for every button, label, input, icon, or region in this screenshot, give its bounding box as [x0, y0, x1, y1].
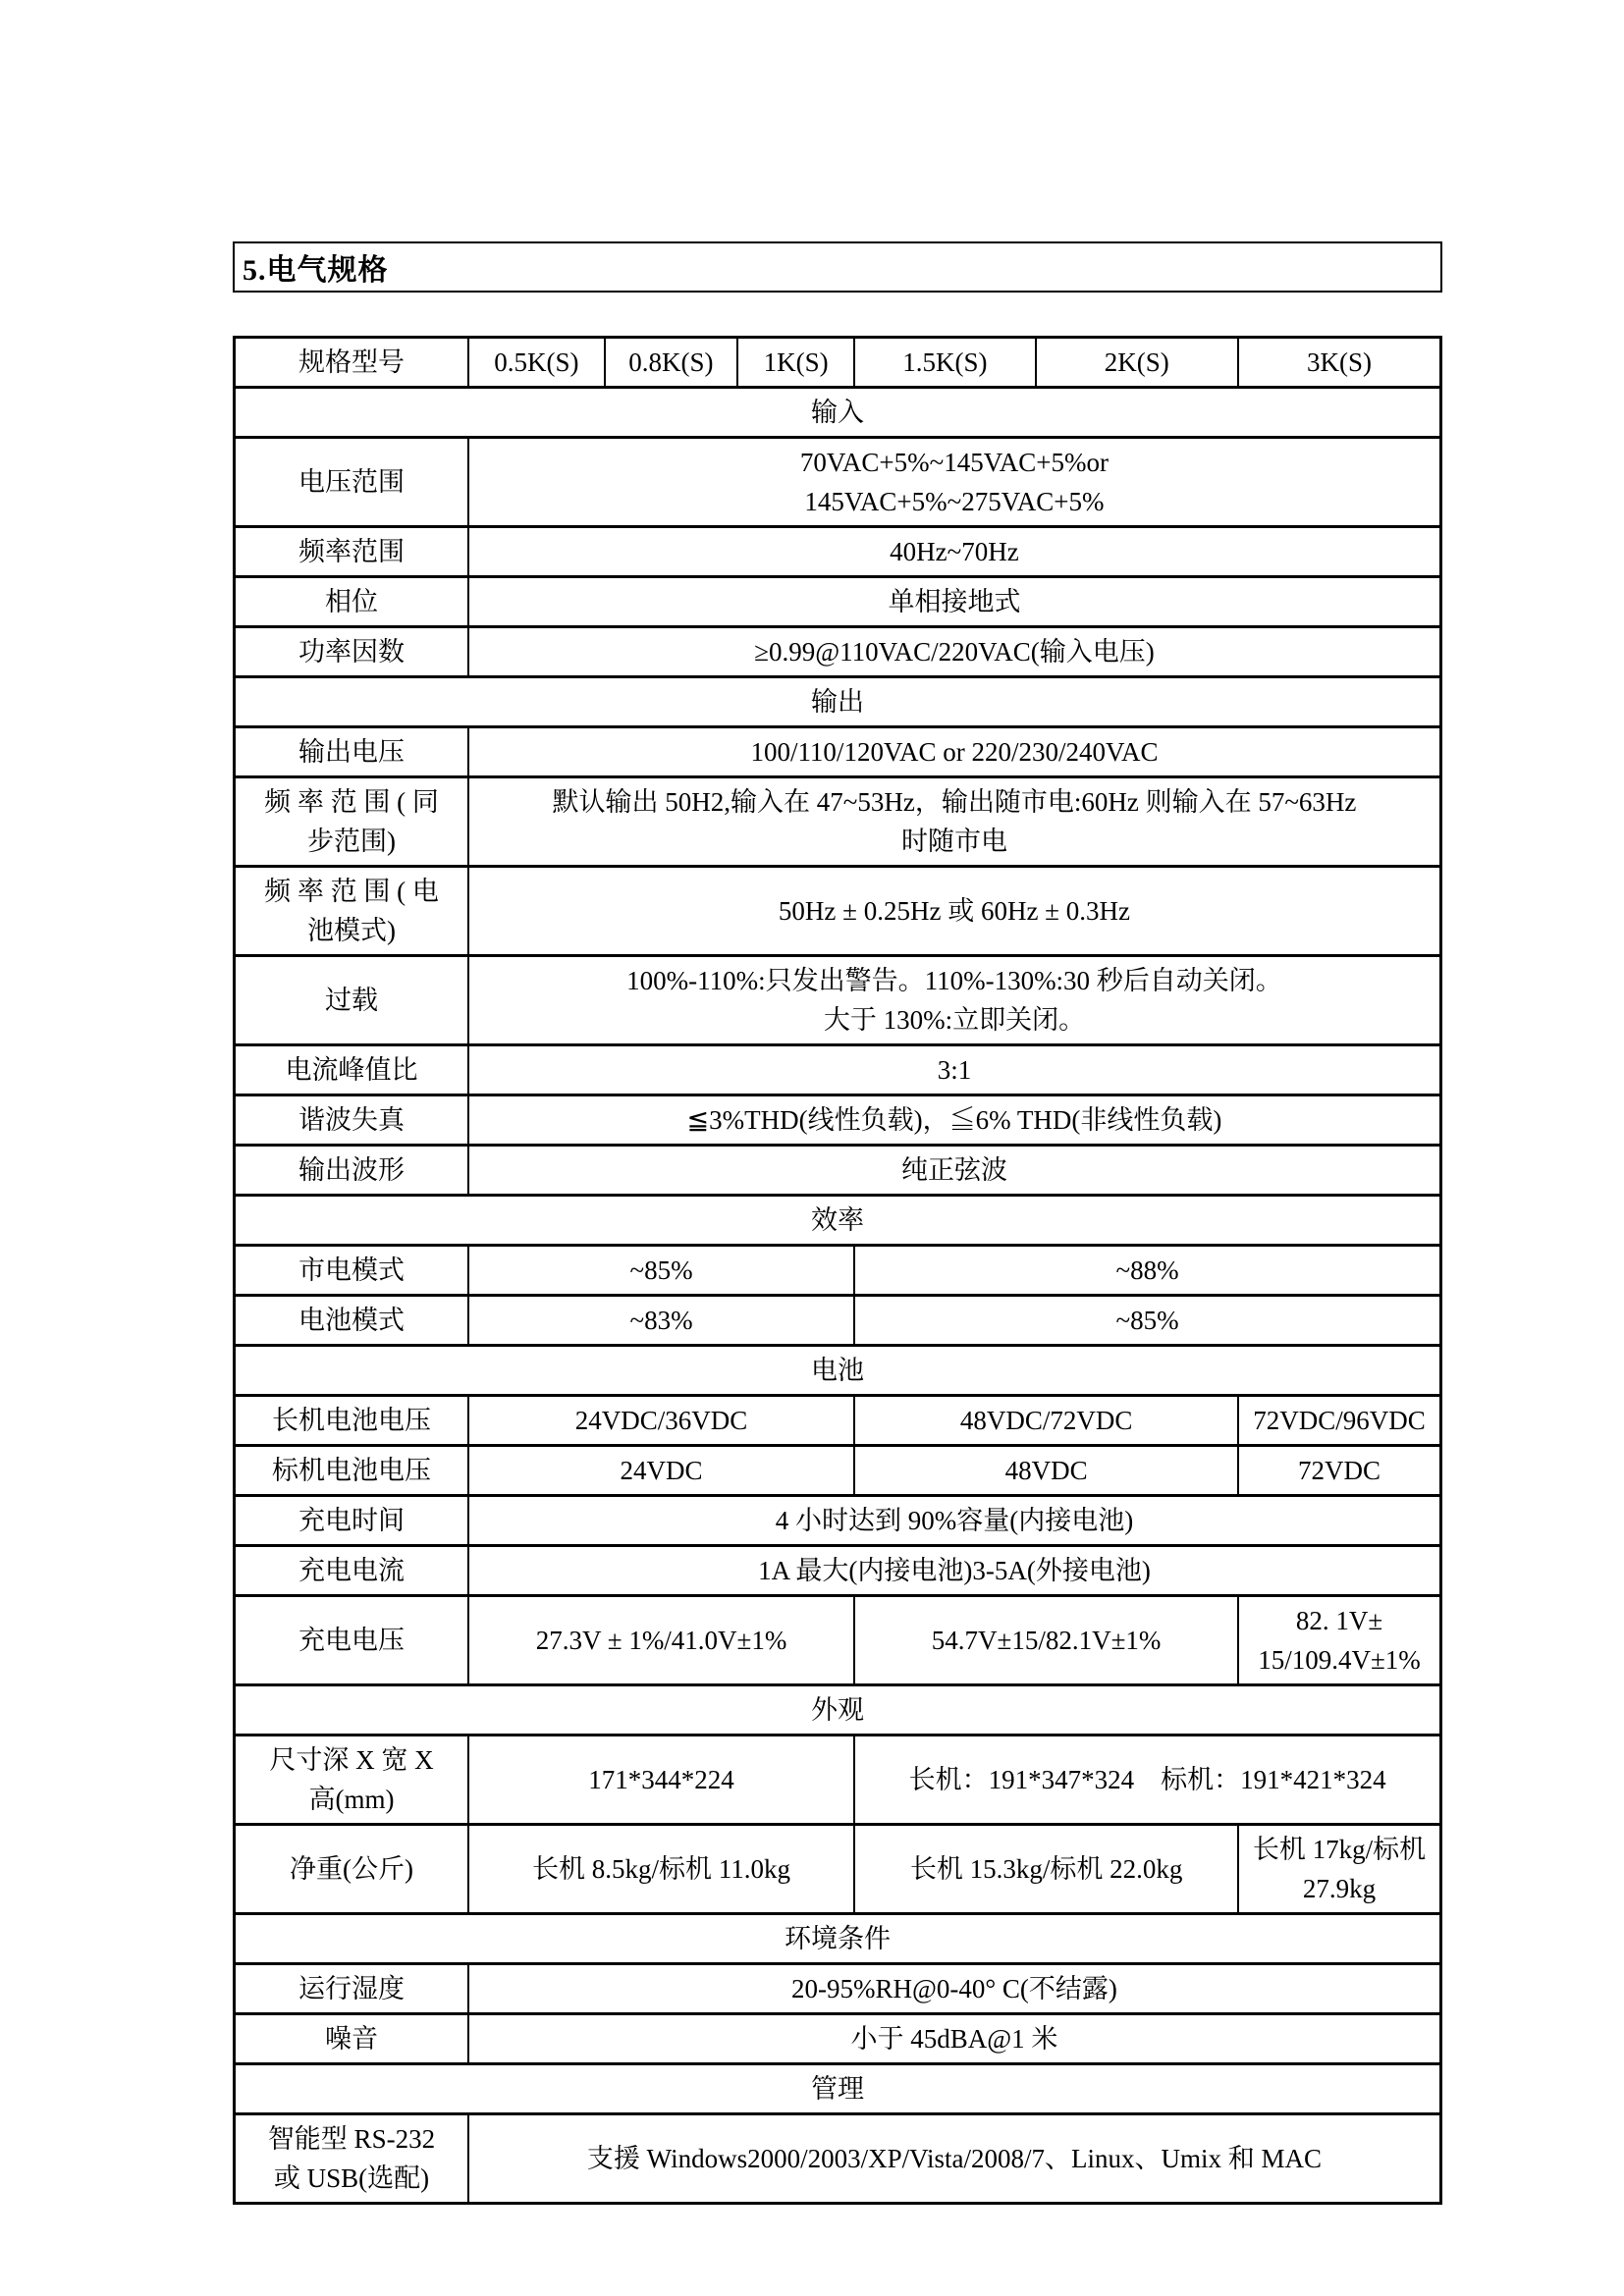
- table-row: 频率范围40Hz~70Hz: [235, 527, 1441, 577]
- row-label: 噪音: [235, 2014, 468, 2064]
- spec-value: 100%-110%:只发出警告。110%-130%:30 秒后自动关闭。 大于 …: [468, 956, 1441, 1045]
- row-label: 频 率 范 围 ( 电 池模式): [235, 867, 468, 956]
- spec-value: ≦3%THD(线性负载)，≦6% THD(非线性负载): [468, 1095, 1441, 1146]
- row-label: 运行湿度: [235, 1964, 468, 2014]
- table-row: 运行湿度20-95%RH@0-40° C(不结露): [235, 1964, 1441, 2014]
- table-row: 电池: [235, 1346, 1441, 1396]
- table-row: 功率因数≥0.99@110VAC/220VAC(输入电压): [235, 627, 1441, 677]
- section-row-label: 效率: [235, 1196, 1441, 1246]
- table-row: 电流峰值比3:1: [235, 1045, 1441, 1095]
- row-label: 电池模式: [235, 1296, 468, 1346]
- row-label: 充电时间: [235, 1496, 468, 1546]
- table-row: 谐波失真≦3%THD(线性负载)，≦6% THD(非线性负载): [235, 1095, 1441, 1146]
- table-row: 外观: [235, 1685, 1441, 1735]
- table-row: 尺寸深 X 宽 X 高(mm)171*344*224长机：191*347*324…: [235, 1735, 1441, 1825]
- row-label: 电流峰值比: [235, 1045, 468, 1095]
- spec-value: 长机：191*347*324 标机：191*421*324: [854, 1735, 1440, 1825]
- spec-value: ~85%: [854, 1296, 1440, 1346]
- spec-value: 长机 17kg/标机 27.9kg: [1238, 1825, 1441, 1914]
- section-row-label: 管理: [235, 2064, 1441, 2114]
- section-row-label: 输入: [235, 388, 1441, 438]
- table-row: 输出电压100/110/120VAC or 220/230/240VAC: [235, 727, 1441, 777]
- table-row: 长机电池电压24VDC/36VDC48VDC/72VDC72VDC/96VDC: [235, 1396, 1441, 1446]
- spec-value: 1A 最大(内接电池)3-5A(外接电池): [468, 1546, 1441, 1596]
- section-row-label: 电池: [235, 1346, 1441, 1396]
- spec-value: ≥0.99@110VAC/220VAC(输入电压): [468, 627, 1441, 677]
- table-row: 充电电流1A 最大(内接电池)3-5A(外接电池): [235, 1546, 1441, 1596]
- table-row: 规格型号0.5K(S)0.8K(S)1K(S)1.5K(S)2K(S)3K(S): [235, 338, 1441, 388]
- spec-value: 171*344*224: [468, 1735, 854, 1825]
- model-header: 0.8K(S): [605, 338, 737, 388]
- spec-value: 长机 8.5kg/标机 11.0kg: [468, 1825, 854, 1914]
- spec-value: 27.3V ± 1%/41.0V±1%: [468, 1596, 854, 1685]
- table-row: 频 率 范 围 ( 同 步范围)默认输出 50H2,输入在 47~53Hz，输出…: [235, 777, 1441, 867]
- row-label: 尺寸深 X 宽 X 高(mm): [235, 1735, 468, 1825]
- spec-value: ~88%: [854, 1246, 1440, 1296]
- model-header: 0.5K(S): [468, 338, 605, 388]
- section-title-box: 5.电气规格: [233, 241, 1442, 293]
- table-row: 标机电池电压24VDC48VDC72VDC: [235, 1446, 1441, 1496]
- row-label: 频率范围: [235, 527, 468, 577]
- spec-value: 70VAC+5%~145VAC+5%or 145VAC+5%~275VAC+5%: [468, 438, 1441, 527]
- table-row: 电压范围70VAC+5%~145VAC+5%or 145VAC+5%~275VA…: [235, 438, 1441, 527]
- row-label: 谐波失真: [235, 1095, 468, 1146]
- row-label: 市电模式: [235, 1246, 468, 1296]
- table-row: 效率: [235, 1196, 1441, 1246]
- row-label: 净重(公斤): [235, 1825, 468, 1914]
- row-label: 智能型 RS-232 或 USB(选配): [235, 2114, 468, 2204]
- table-row: 噪音小于 45dBA@1 米: [235, 2014, 1441, 2064]
- table-row: 输出: [235, 677, 1441, 727]
- spec-value: 单相接地式: [468, 577, 1441, 627]
- spec-value: 默认输出 50H2,输入在 47~53Hz，输出随市电:60Hz 则输入在 57…: [468, 777, 1441, 867]
- row-label: 输出电压: [235, 727, 468, 777]
- table-row: 净重(公斤)长机 8.5kg/标机 11.0kg长机 15.3kg/标机 22.…: [235, 1825, 1441, 1914]
- table-row: 智能型 RS-232 或 USB(选配)支援 Windows2000/2003/…: [235, 2114, 1441, 2204]
- table-row: 相位单相接地式: [235, 577, 1441, 627]
- table-row: 输出波形纯正弦波: [235, 1146, 1441, 1196]
- spec-value: 48VDC: [854, 1446, 1238, 1496]
- section-row-label: 环境条件: [235, 1914, 1441, 1964]
- row-label: 标机电池电压: [235, 1446, 468, 1496]
- page-title: 5.电气规格: [243, 245, 389, 289]
- spec-value: 24VDC/36VDC: [468, 1396, 854, 1446]
- table-row: 环境条件: [235, 1914, 1441, 1964]
- table-row: 充电电压27.3V ± 1%/41.0V±1%54.7V±15/82.1V±1%…: [235, 1596, 1441, 1685]
- row-label: 电压范围: [235, 438, 468, 527]
- spec-value: 纯正弦波: [468, 1146, 1441, 1196]
- table-row: 市电模式~85%~88%: [235, 1246, 1441, 1296]
- row-label: 充电电流: [235, 1546, 468, 1596]
- spec-value: 长机 15.3kg/标机 22.0kg: [854, 1825, 1238, 1914]
- spec-value: 48VDC/72VDC: [854, 1396, 1238, 1446]
- spec-value: 72VDC: [1238, 1446, 1441, 1496]
- model-header: 1K(S): [737, 338, 854, 388]
- row-label: 规格型号: [235, 338, 468, 388]
- model-header: 2K(S): [1036, 338, 1238, 388]
- section-row-label: 外观: [235, 1685, 1441, 1735]
- spec-value: 54.7V±15/82.1V±1%: [854, 1596, 1238, 1685]
- spec-value: 小于 45dBA@1 米: [468, 2014, 1441, 2064]
- row-label: 输出波形: [235, 1146, 468, 1196]
- document-content: 5.电气规格 规格型号0.5K(S)0.8K(S)1K(S)1.5K(S)2K(…: [233, 241, 1442, 2205]
- table-row: 过载100%-110%:只发出警告。110%-130%:30 秒后自动关闭。 大…: [235, 956, 1441, 1045]
- table-row: 充电时间4 小时达到 90%容量(内接电池): [235, 1496, 1441, 1546]
- spec-value: 40Hz~70Hz: [468, 527, 1441, 577]
- spec-value: 3:1: [468, 1045, 1441, 1095]
- row-label: 充电电压: [235, 1596, 468, 1685]
- table-row: 管理: [235, 2064, 1441, 2114]
- spec-table: 规格型号0.5K(S)0.8K(S)1K(S)1.5K(S)2K(S)3K(S)…: [233, 336, 1442, 2205]
- document-page: 5.电气规格 规格型号0.5K(S)0.8K(S)1K(S)1.5K(S)2K(…: [0, 0, 1624, 2296]
- model-header: 1.5K(S): [854, 338, 1035, 388]
- spec-value: 4 小时达到 90%容量(内接电池): [468, 1496, 1441, 1546]
- spec-value: ~85%: [468, 1246, 854, 1296]
- row-label: 频 率 范 围 ( 同 步范围): [235, 777, 468, 867]
- spec-value: 支援 Windows2000/2003/XP/Vista/2008/7、Linu…: [468, 2114, 1441, 2204]
- spec-value: 82. 1V± 15/109.4V±1%: [1238, 1596, 1441, 1685]
- spec-value: 20-95%RH@0-40° C(不结露): [468, 1964, 1441, 2014]
- table-row: 电池模式~83%~85%: [235, 1296, 1441, 1346]
- section-row-label: 输出: [235, 677, 1441, 727]
- row-label: 长机电池电压: [235, 1396, 468, 1446]
- row-label: 相位: [235, 577, 468, 627]
- spec-value: 100/110/120VAC or 220/230/240VAC: [468, 727, 1441, 777]
- table-row: 输入: [235, 388, 1441, 438]
- spec-value: 50Hz ± 0.25Hz 或 60Hz ± 0.3Hz: [468, 867, 1441, 956]
- row-label: 功率因数: [235, 627, 468, 677]
- spec-value: 72VDC/96VDC: [1238, 1396, 1441, 1446]
- table-row: 频 率 范 围 ( 电 池模式)50Hz ± 0.25Hz 或 60Hz ± 0…: [235, 867, 1441, 956]
- spec-value: ~83%: [468, 1296, 854, 1346]
- spec-value: 24VDC: [468, 1446, 854, 1496]
- row-label: 过载: [235, 956, 468, 1045]
- model-header: 3K(S): [1238, 338, 1441, 388]
